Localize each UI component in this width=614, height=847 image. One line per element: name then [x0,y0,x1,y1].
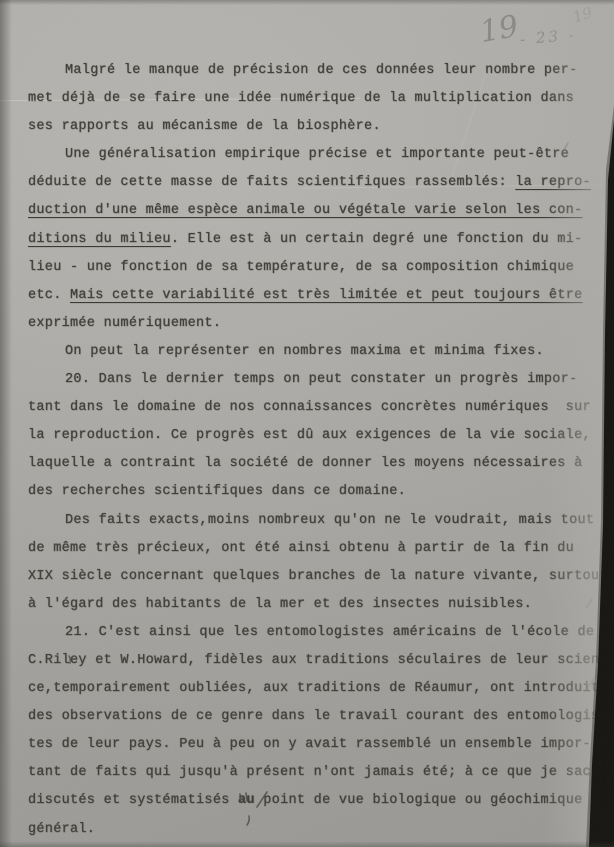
handwritten-number-large: 19 [477,9,521,50]
text-segment: ce,temporairement oubliées, aux traditio… [28,681,599,696]
text-segment: Mais cette variabilité est très limitée … [70,288,582,303]
typed-line: la reproduction. Ce progrès est dû aux e… [28,422,614,450]
text-segment: Des faits exacts,moins nombreux qu'on ne… [65,513,594,528]
typed-line: Une généralisation empirique précise et … [28,141,614,169]
typed-line: de même très précieux, ont été ainsi obt… [28,535,614,563]
typed-line: 21. C'est ainsi que les entomologistes a… [28,619,614,647]
typed-line: ses rapports au mécanisme de la biosphèr… [28,113,614,141]
text-segment: point de vue biologique ou géochimique [255,793,583,808]
typed-line: tant de faits qui jusqu'à présent n'ont … [28,759,614,787]
text-segment: Une généralisation empirique précise et … [65,147,569,162]
typed-line: à l'égard des habitants de la mer et des… [28,591,614,619]
text-segment: 20. Dans le dernier temps on peut consta… [65,372,577,387]
typed-line: exprimée numériquement. [28,310,614,338]
typed-line: C.Riley et W.Howard, fidèles aux traditi… [28,647,614,675]
typed-line: tes de leur pays. Peu à peu on y avait r… [28,731,614,759]
typed-line: des recherches scientifiques dans ce dom… [28,478,614,506]
typed-line: duction d'une même espèce animale ou vég… [28,197,614,225]
text-segment: 21. C'est ainsi que les entomologistes a… [65,625,594,640]
typed-line: 20. Dans le dernier temps on peut consta… [28,366,614,394]
text-segment: au [238,793,255,808]
text-segment: ses rapports au mécanisme de la biosphèr… [28,119,381,134]
typed-line: général. [28,816,614,844]
text-segment: à l'égard des habitants de la mer et des… [28,597,532,612]
text-segment: général. [28,822,95,837]
text-segment: exprimée numériquement. [28,316,221,331]
typed-line: Malgré le manque de précision de ces don… [28,57,614,85]
text-segment: des recherches scientifiques dans ce dom… [28,484,406,499]
typed-line: tant dans le domaine de nos connaissance… [28,394,614,422]
typed-lines: Malgré le manque de précision de ces don… [28,57,614,844]
text-segment: tant de faits qui jusqu'à présent n'ont … [28,765,608,780]
scanned-document-page: 19 - 23 - 19 Malgré le manque de précisi… [0,0,614,847]
text-segment: de même très précieux, ont été ainsi obt… [28,541,574,556]
typed-line: Des faits exacts,moins nombreux qu'on ne… [28,507,614,535]
typed-line: etc. Mais cette variabilité est très lim… [28,282,614,310]
typed-line: laquelle a contraint la société de donne… [28,450,614,478]
text-segment: . Elle est à un certain degré une foncti… [171,232,583,247]
text-segment: tes de leur pays. Peu à peu on y avait r… [28,737,591,752]
typed-line: On peut la représenter en nombres maxima… [28,338,614,366]
typed-line: lieu - une fonction de sa température, d… [28,254,614,282]
text-segment: etc. [28,288,70,303]
text-segment: ditions du milieu [28,232,171,247]
typed-line: ce,temporairement oubliées, aux traditio… [28,675,614,703]
text-segment: laquelle a contraint la société de donne… [28,456,583,471]
text-segment: tant dans le domaine de nos connaissance… [28,400,591,415]
text-segment: la reproduction. Ce progrès est dû aux e… [28,428,591,443]
text-segment: déduite de cette masse de faits scientif… [28,175,515,190]
text-segment: lieu - une fonction de sa température, d… [28,260,574,275]
text-segment: Malgré le manque de précision de ces don… [65,63,577,78]
typed-line: déduite de cette masse de faits scientif… [28,169,614,197]
typed-line: met déjà de se faire une idée numérique … [28,85,614,113]
text-segment: discutés et systématisés [28,793,238,808]
typed-line: discutés et systématisés au point de vue… [28,787,614,815]
text-segment: met déjà de se faire une idée numérique … [28,91,574,106]
text-segment: On peut la représenter en nombres maxima… [65,344,544,359]
text-segment: C.Riley et W.Howard, fidèles aux traditi… [28,653,608,668]
typed-line: ditions du milieu. Elle est à un certain… [28,226,614,254]
text-segment: XIX siècle concernant quelques branches … [28,569,608,584]
text-segment: duction d'une même espèce animale ou vég… [28,203,583,218]
text-segment: des observations de ce genre dans le tra… [28,709,608,724]
typed-line: XIX siècle concernant quelques branches … [28,563,614,591]
text-segment: la repro- [515,175,591,190]
typed-line: des observations de ce genre dans le tra… [28,703,614,731]
